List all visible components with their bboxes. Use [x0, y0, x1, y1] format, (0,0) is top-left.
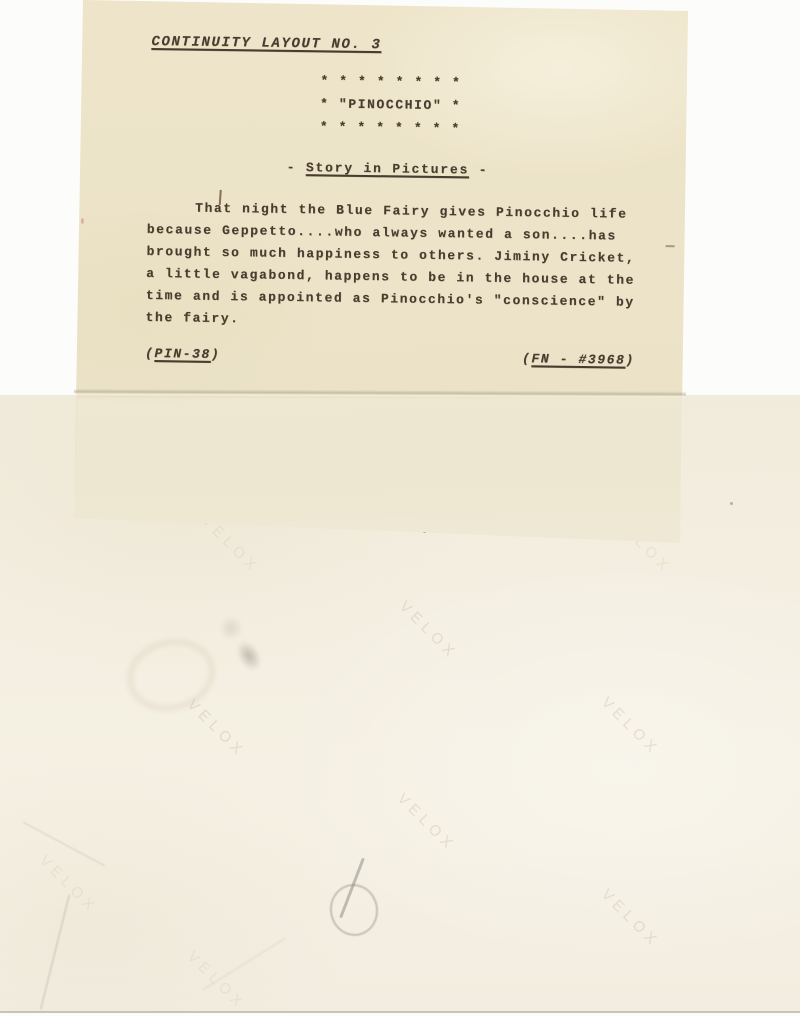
pencil-mark: [326, 880, 382, 940]
paper-speck: [730, 502, 733, 505]
typewriter-stray-dash: [666, 245, 675, 247]
paren-close: ): [625, 353, 635, 368]
negative-number: (FN - #3968): [522, 351, 635, 368]
slip-title: CONTINUITY LAYOUT NO. 3: [151, 34, 381, 53]
velox-watermark: VELOX: [36, 852, 101, 917]
paper-crease: [203, 938, 285, 990]
title-banner: * * * * * * * * * "PINOCCHIO" * * * * * …: [313, 69, 468, 140]
velox-watermark: VELOX: [598, 694, 663, 759]
typed-caption: CONTINUITY LAYOUT NO. 3 * * * * * * * * …: [75, 0, 693, 553]
paren-close: ): [211, 347, 221, 362]
subtitle-dash-left: -: [287, 160, 306, 175]
velox-watermark: VELOX: [598, 886, 663, 951]
subtitle-dash-right: -: [469, 162, 488, 177]
paper-crease: [40, 895, 70, 1010]
velox-watermark: VELOX: [184, 696, 249, 761]
negative-number-text: FN - #3968: [531, 351, 625, 367]
scanned-photo-back: VELOX VELOX VELOX VELOX VELOX VELOX VELO…: [0, 0, 800, 1016]
subtitle-text: Story in Pictures: [306, 160, 469, 177]
scene-code: (PIN-38): [145, 346, 220, 362]
paper-crease: [23, 821, 105, 866]
banner-asterisk-row-top: * * * * * * * *: [314, 69, 468, 94]
dark-smudge: [214, 611, 248, 645]
slip-edge-speck: [81, 218, 84, 224]
subtitle: - Story in Pictures -: [287, 160, 489, 178]
velox-watermark: VELOX: [394, 790, 459, 855]
scene-code-text: PIN-38: [154, 346, 211, 362]
banner-film-title: * "PINOCCHIO" *: [313, 92, 467, 117]
banner-asterisk-row-bottom: * * * * * * * *: [313, 115, 467, 140]
caption-paragraph: That night the Blue Fairy gives Pinocchi…: [145, 197, 667, 336]
velox-watermark: VELOX: [396, 598, 461, 663]
